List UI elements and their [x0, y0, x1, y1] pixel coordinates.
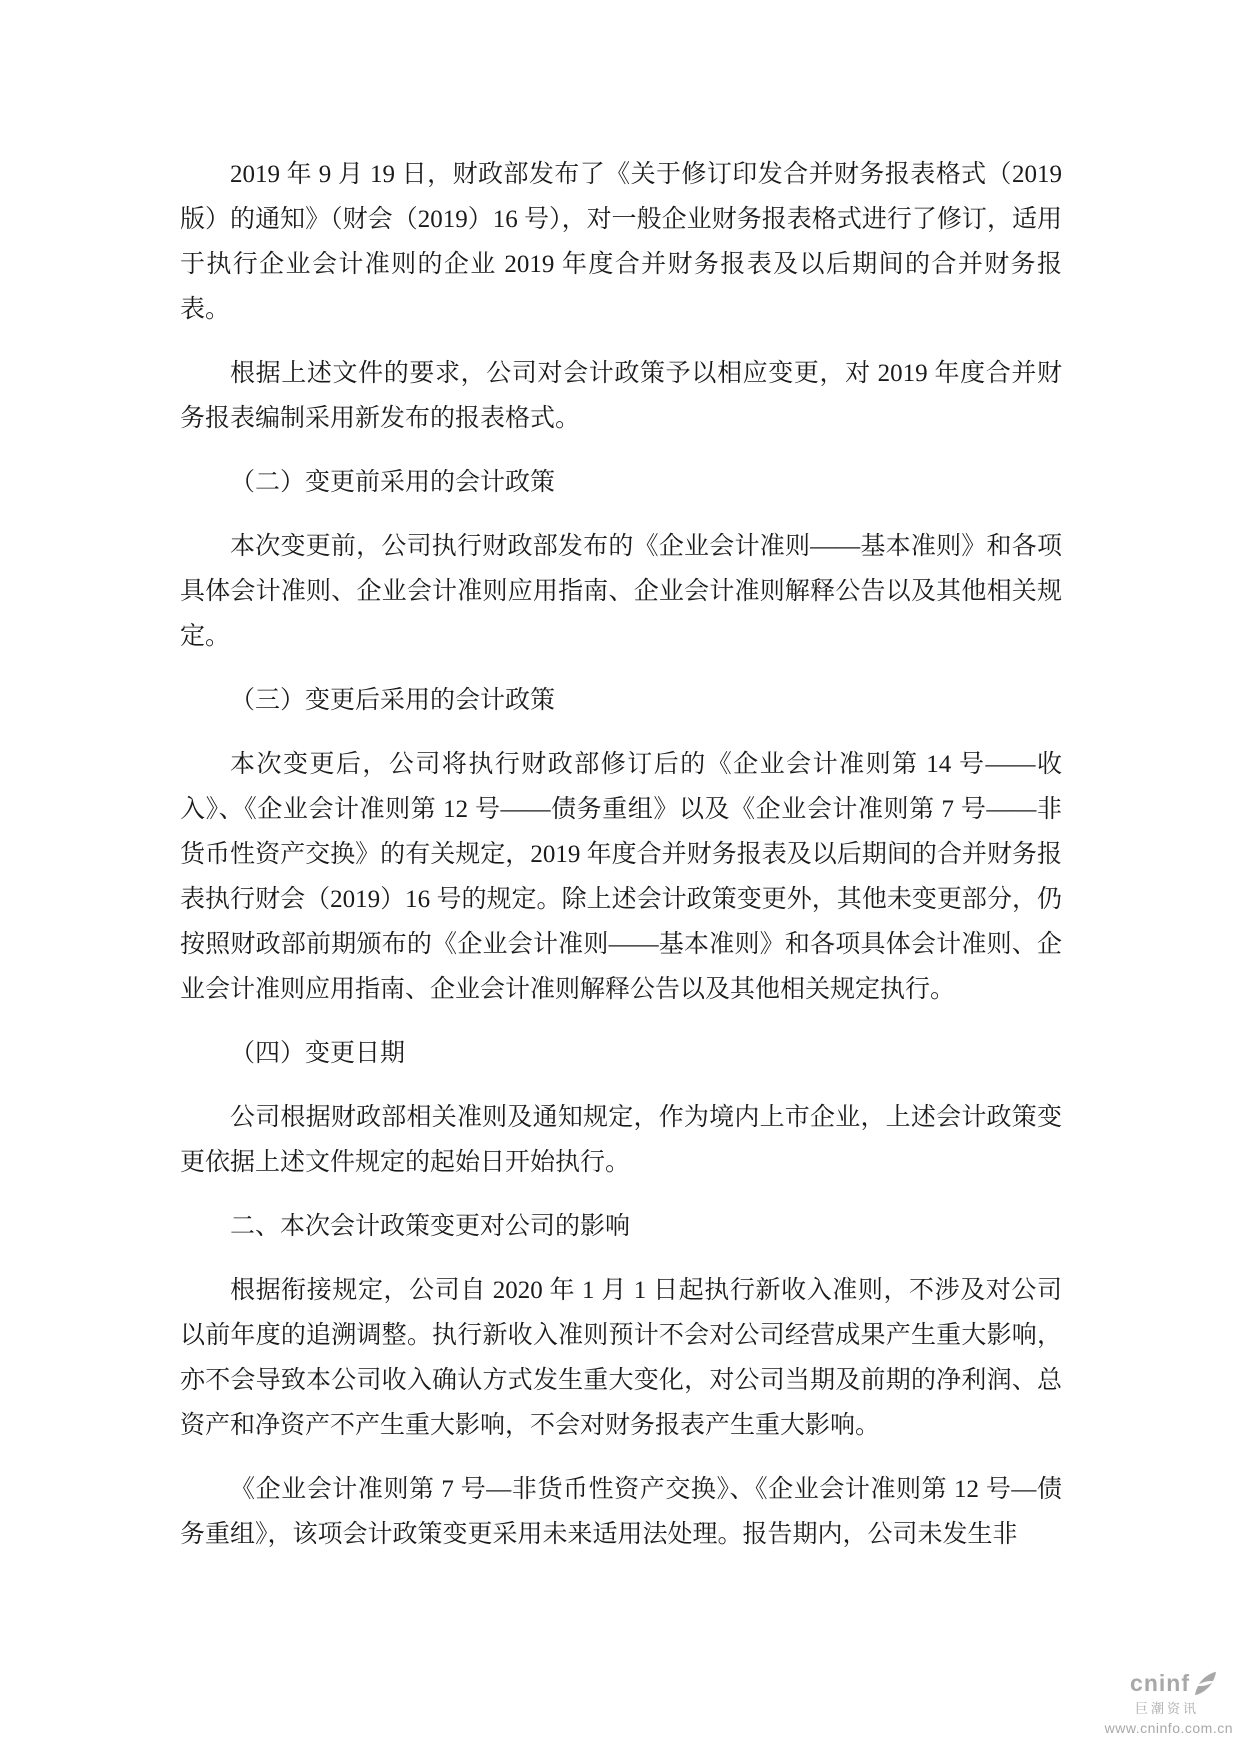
paragraph-impact-other-standards: 《企业会计准则第 7 号—非货币性资产交换》、《企业会计准则第 12 号—债务重… — [180, 1467, 1062, 1557]
cninfo-url: www.cninfo.com.cn — [1105, 1720, 1233, 1736]
paragraph-after-change: 本次变更后，公司将执行财政部修订后的《企业会计准则第 14 号——收入》、《企业… — [180, 742, 1062, 1012]
paragraph-notice-issued: 2019 年 9 月 19 日，财政部发布了《关于修订印发合并财务报表格式（20… — [180, 152, 1062, 332]
cninfo-brand-chinese: 巨潮资讯 — [1105, 1698, 1199, 1717]
cninfo-swoosh-icon — [1192, 1670, 1219, 1697]
cninfo-logo: cninf — [1105, 1670, 1219, 1697]
section-heading-before-change: （二）变更前采用的会计政策 — [180, 460, 1062, 505]
section-heading-change-date: （四）变更日期 — [180, 1031, 1062, 1076]
paragraph-before-change: 本次变更前，公司执行财政部发布的《企业会计准则——基本准则》和各项具体会计准则、… — [180, 524, 1062, 659]
section-heading-after-change: （三）变更后采用的会计政策 — [180, 678, 1062, 723]
paragraph-policy-change: 根据上述文件的要求，公司对会计政策予以相应变更，对 2019 年度合并财务报表编… — [180, 351, 1062, 441]
cninfo-watermark: cninf 巨潮资讯 www.cninfo.com.cn — [1105, 1670, 1233, 1736]
cninfo-logo-text: cninf — [1130, 1672, 1190, 1695]
paragraph-impact-revenue: 根据衔接规定，公司自 2020 年 1 月 1 日起执行新收入准则，不涉及对公司… — [180, 1268, 1062, 1448]
paragraph-change-date: 公司根据财政部相关准则及通知规定，作为境内上市企业，上述会计政策变更依据上述文件… — [180, 1095, 1062, 1185]
document-page: 2019 年 9 月 19 日，财政部发布了《关于修订印发合并财务报表格式（20… — [180, 152, 1062, 1576]
section-heading-impact: 二、本次会计政策变更对公司的影响 — [180, 1204, 1062, 1249]
